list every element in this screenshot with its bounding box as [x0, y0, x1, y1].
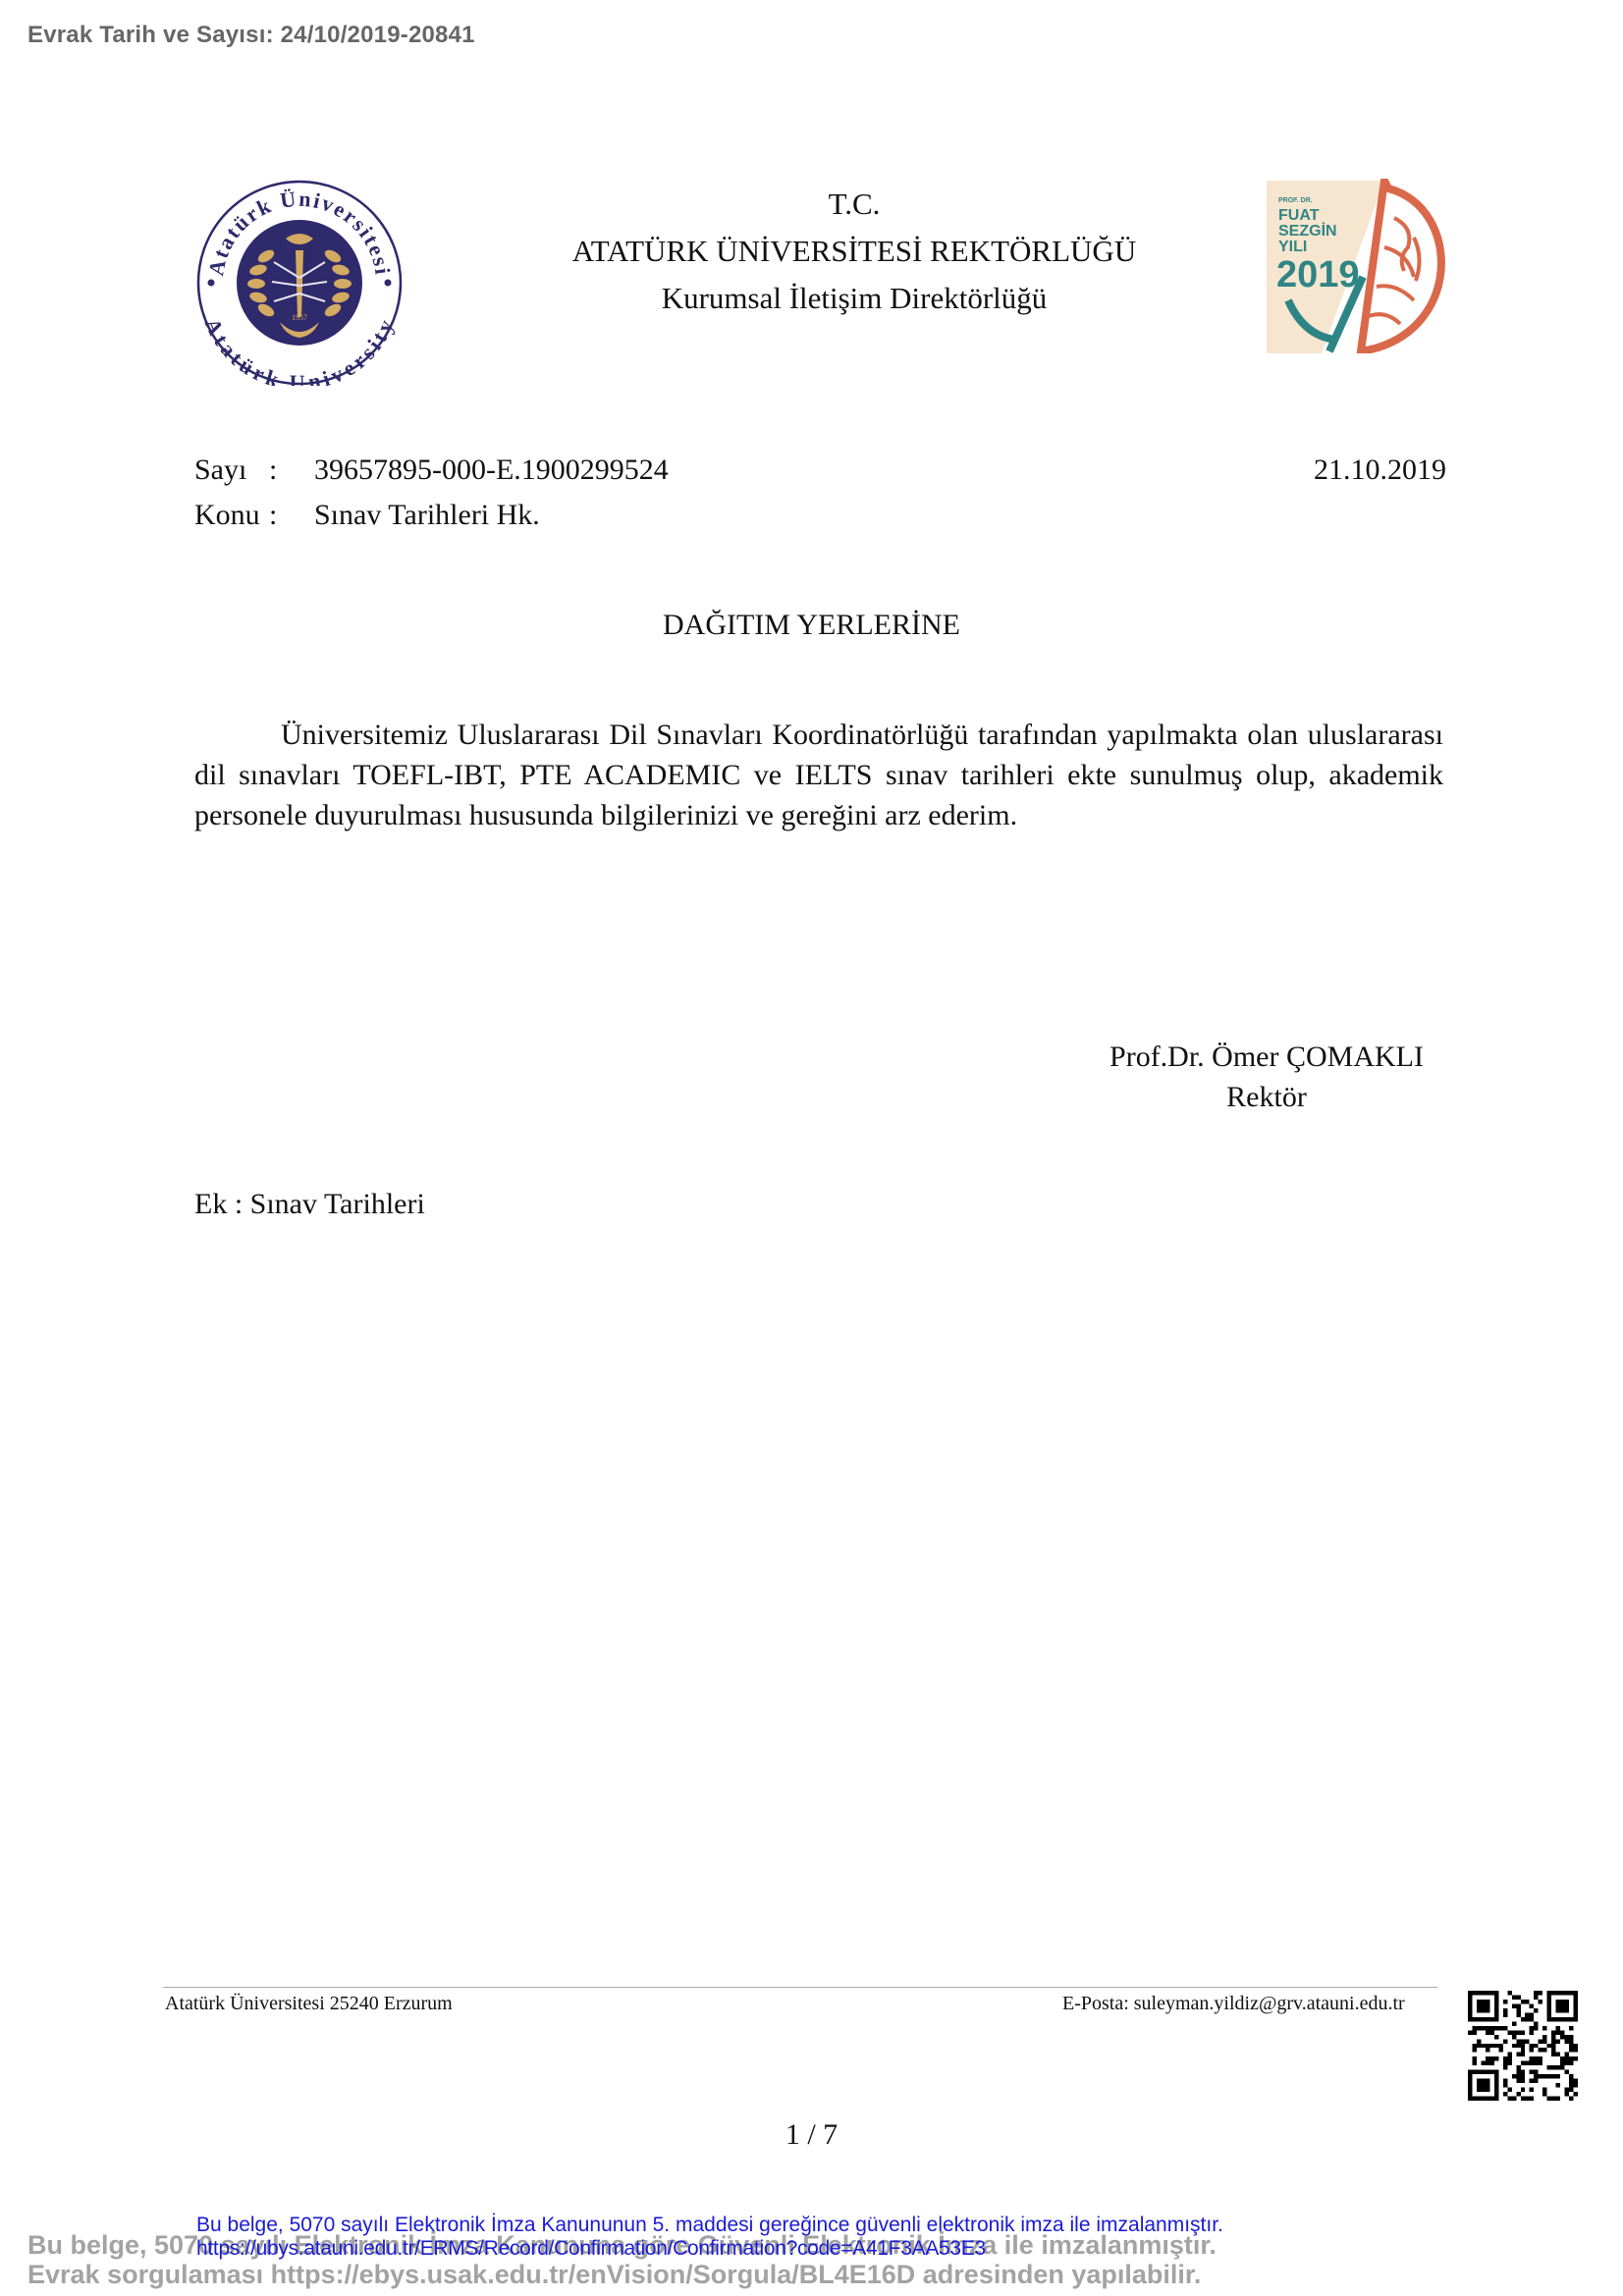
page-number: 1 / 7	[0, 2118, 1623, 2152]
document-date-number-stamp: Evrak Tarih ve Sayısı: 24/10/2019-20841	[27, 22, 475, 49]
svg-text:FUAT: FUAT	[1278, 207, 1320, 224]
footer-divider	[163, 1987, 1437, 1988]
header-tc: T.C.	[511, 187, 1198, 222]
sayi-row: Sayı:39657895-000-E.1900299524	[194, 454, 669, 487]
svg-text:YILI: YILI	[1278, 239, 1307, 255]
footer-address: Atatürk Üniversitesi 25240 Erzurum	[165, 1993, 453, 2015]
konu-label: Konu	[194, 499, 269, 532]
ataturk-university-seal-icon: Atatürk Üniversitesi Atatürk University	[193, 180, 406, 386]
svg-text:1957: 1957	[292, 313, 307, 322]
konu-colon: :	[269, 499, 314, 532]
signatory-title: Rektör	[1070, 1081, 1463, 1114]
svg-text:PROF. DR.: PROF. DR.	[1278, 197, 1313, 204]
sayi-value: 39657895-000-E.1900299524	[314, 454, 669, 486]
fuat-sezgin-year-logo-icon: PROF. DR. FUAT SEZGİN YILI 2019	[1267, 179, 1449, 353]
document-query-notice: Evrak sorgulaması https://ebys.usak.edu.…	[27, 2260, 1201, 2290]
sayi-colon: :	[269, 454, 314, 487]
signatory-name: Prof.Dr. Ömer ÇOMAKLI	[1070, 1041, 1463, 1074]
sayi-label: Sayı	[194, 454, 269, 487]
konu-row: Konu:Sınav Tarihleri Hk.	[194, 499, 540, 532]
distribution-heading: DAĞITIM YERLERİNE	[0, 609, 1623, 642]
konu-value: Sınav Tarihleri Hk.	[314, 499, 540, 531]
footer-email: E-Posta: suleyman.yildiz@grv.atauni.edu.…	[1062, 1993, 1437, 2015]
document-date: 21.10.2019	[1314, 454, 1446, 487]
attachment-note: Ek : Sınav Tarihleri	[194, 1188, 425, 1221]
body-paragraph: Üniversitemiz Uluslararası Dil Sınavları…	[194, 715, 1443, 835]
qr-code-icon	[1468, 1991, 1578, 2101]
confirmation-link[interactable]: https://ubys.atauni.edu.tr/ERMS/Record/C…	[196, 2237, 986, 2261]
header-institution: ATATÜRK ÜNİVERSİTESİ REKTÖRLÜĞÜ	[511, 234, 1198, 269]
svg-text:SEZGİN: SEZGİN	[1278, 222, 1337, 240]
header-department: Kurumsal İletişim Direktörlüğü	[511, 281, 1198, 316]
svg-text:2019: 2019	[1276, 254, 1360, 295]
